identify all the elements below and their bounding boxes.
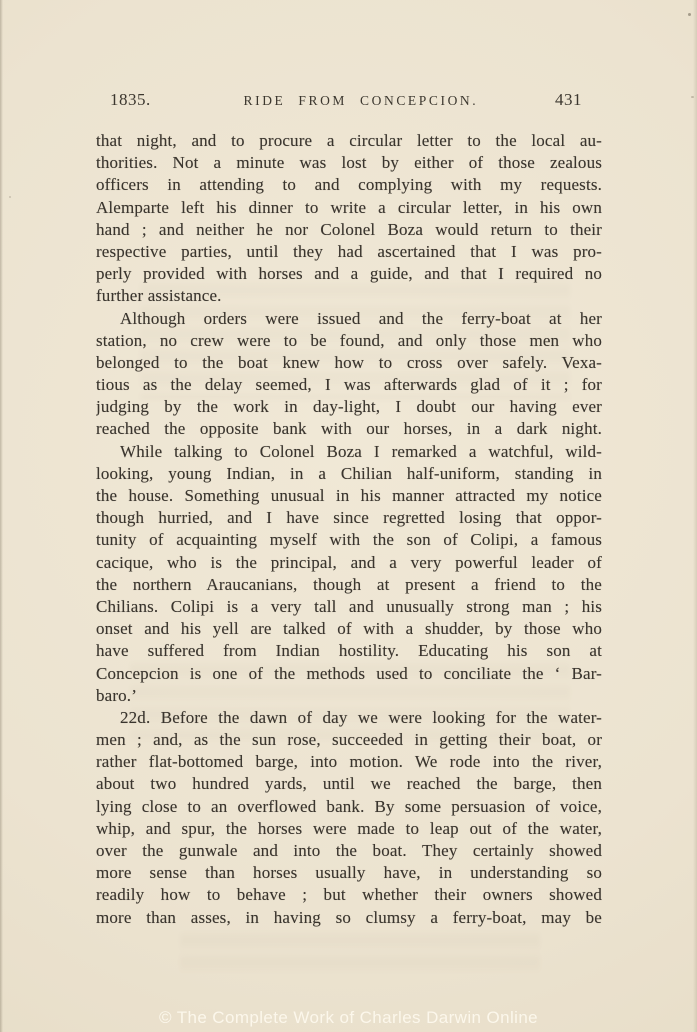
text-line: Alemparte left his dinner to write a cir… [96, 197, 602, 219]
text-line: more than asses, in having so clumsy a f… [96, 907, 602, 929]
page-header: 1835. RIDE FROM CONCEPCION. 431 [96, 90, 602, 110]
text-line: have suffered from Indian hostility. Edu… [96, 640, 602, 662]
text-line: Concepcion is one of the methods used to… [96, 663, 602, 685]
footer-credit: © The Complete Work of Charles Darwin On… [0, 1008, 697, 1028]
text-line: hand ; and neither he nor Colonel Boza w… [96, 219, 602, 241]
text-line: whip, and spur, the horses were made to … [96, 818, 602, 840]
text-line: more sense than horses usually have, in … [96, 862, 602, 884]
text-line: readily how to behave ; but whether thei… [96, 884, 602, 906]
text-line: judging by the work in day-light, I doub… [96, 396, 602, 418]
text-line: baro.’ [96, 685, 602, 707]
text-line: about two hundred yards, until we reache… [96, 773, 602, 795]
paper-speck [691, 96, 694, 98]
text-line: reached the opposite bank with our horse… [96, 418, 602, 440]
text-line: station, no crew were to be found, and o… [96, 330, 602, 352]
scanned-book-page: { "page": { "header": { "year": "1835.",… [0, 0, 697, 1032]
text-line: rather flat-bottomed barge, into motion.… [96, 751, 602, 773]
text-line: tunity of acquainting myself with the so… [96, 529, 602, 551]
text-line: respective parties, until they had ascer… [96, 241, 602, 263]
header-title: RIDE FROM CONCEPCION. [244, 93, 479, 109]
text-line: over the gunwale and into the boat. They… [96, 840, 602, 862]
text-line: Chilians. Colipi is a very tall and unus… [96, 596, 602, 618]
text-line: onset and his yell are talked of with a … [96, 618, 602, 640]
text-line: further assistance. [96, 285, 602, 307]
text-line: 22d. Before the dawn of day we were look… [96, 707, 602, 729]
text-line: men ; and, as the sun rose, succeeded in… [96, 729, 602, 751]
text-line: perly provided with horses and a guide, … [96, 263, 602, 285]
text-line: While talking to Colonel Boza I remarked… [96, 441, 602, 463]
text-block: that night, and to procure a circular le… [96, 130, 602, 929]
text-line: though hurried, and I have since regrett… [96, 507, 602, 529]
text-line: looking, young Indian, in a Chilian half… [96, 463, 602, 485]
paper-speck [688, 13, 691, 16]
bleedthrough-smudge [180, 930, 540, 975]
paper-edge-shadow-left [0, 0, 3, 1032]
paper-speck [9, 196, 11, 198]
text-line: tious as the delay seemed, I was afterwa… [96, 374, 602, 396]
text-line: officers in attending to and complying w… [96, 174, 602, 196]
paper-edge-shadow-right [693, 0, 697, 1032]
text-line: the northern Araucanians, though at pres… [96, 574, 602, 596]
text-line: thorities. Not a minute was lost by eith… [96, 152, 602, 174]
text-line: cacique, who is the principal, and a ver… [96, 552, 602, 574]
header-page-number: 431 [555, 90, 582, 110]
text-line: that night, and to procure a circular le… [96, 130, 602, 152]
header-year: 1835. [110, 90, 151, 110]
text-line: Although orders were issued and the ferr… [96, 308, 602, 330]
text-line: belonged to the boat knew how to cross o… [96, 352, 602, 374]
text-line: the house. Something unusual in his mann… [96, 485, 602, 507]
text-line: lying close to an overflowed bank. By so… [96, 796, 602, 818]
